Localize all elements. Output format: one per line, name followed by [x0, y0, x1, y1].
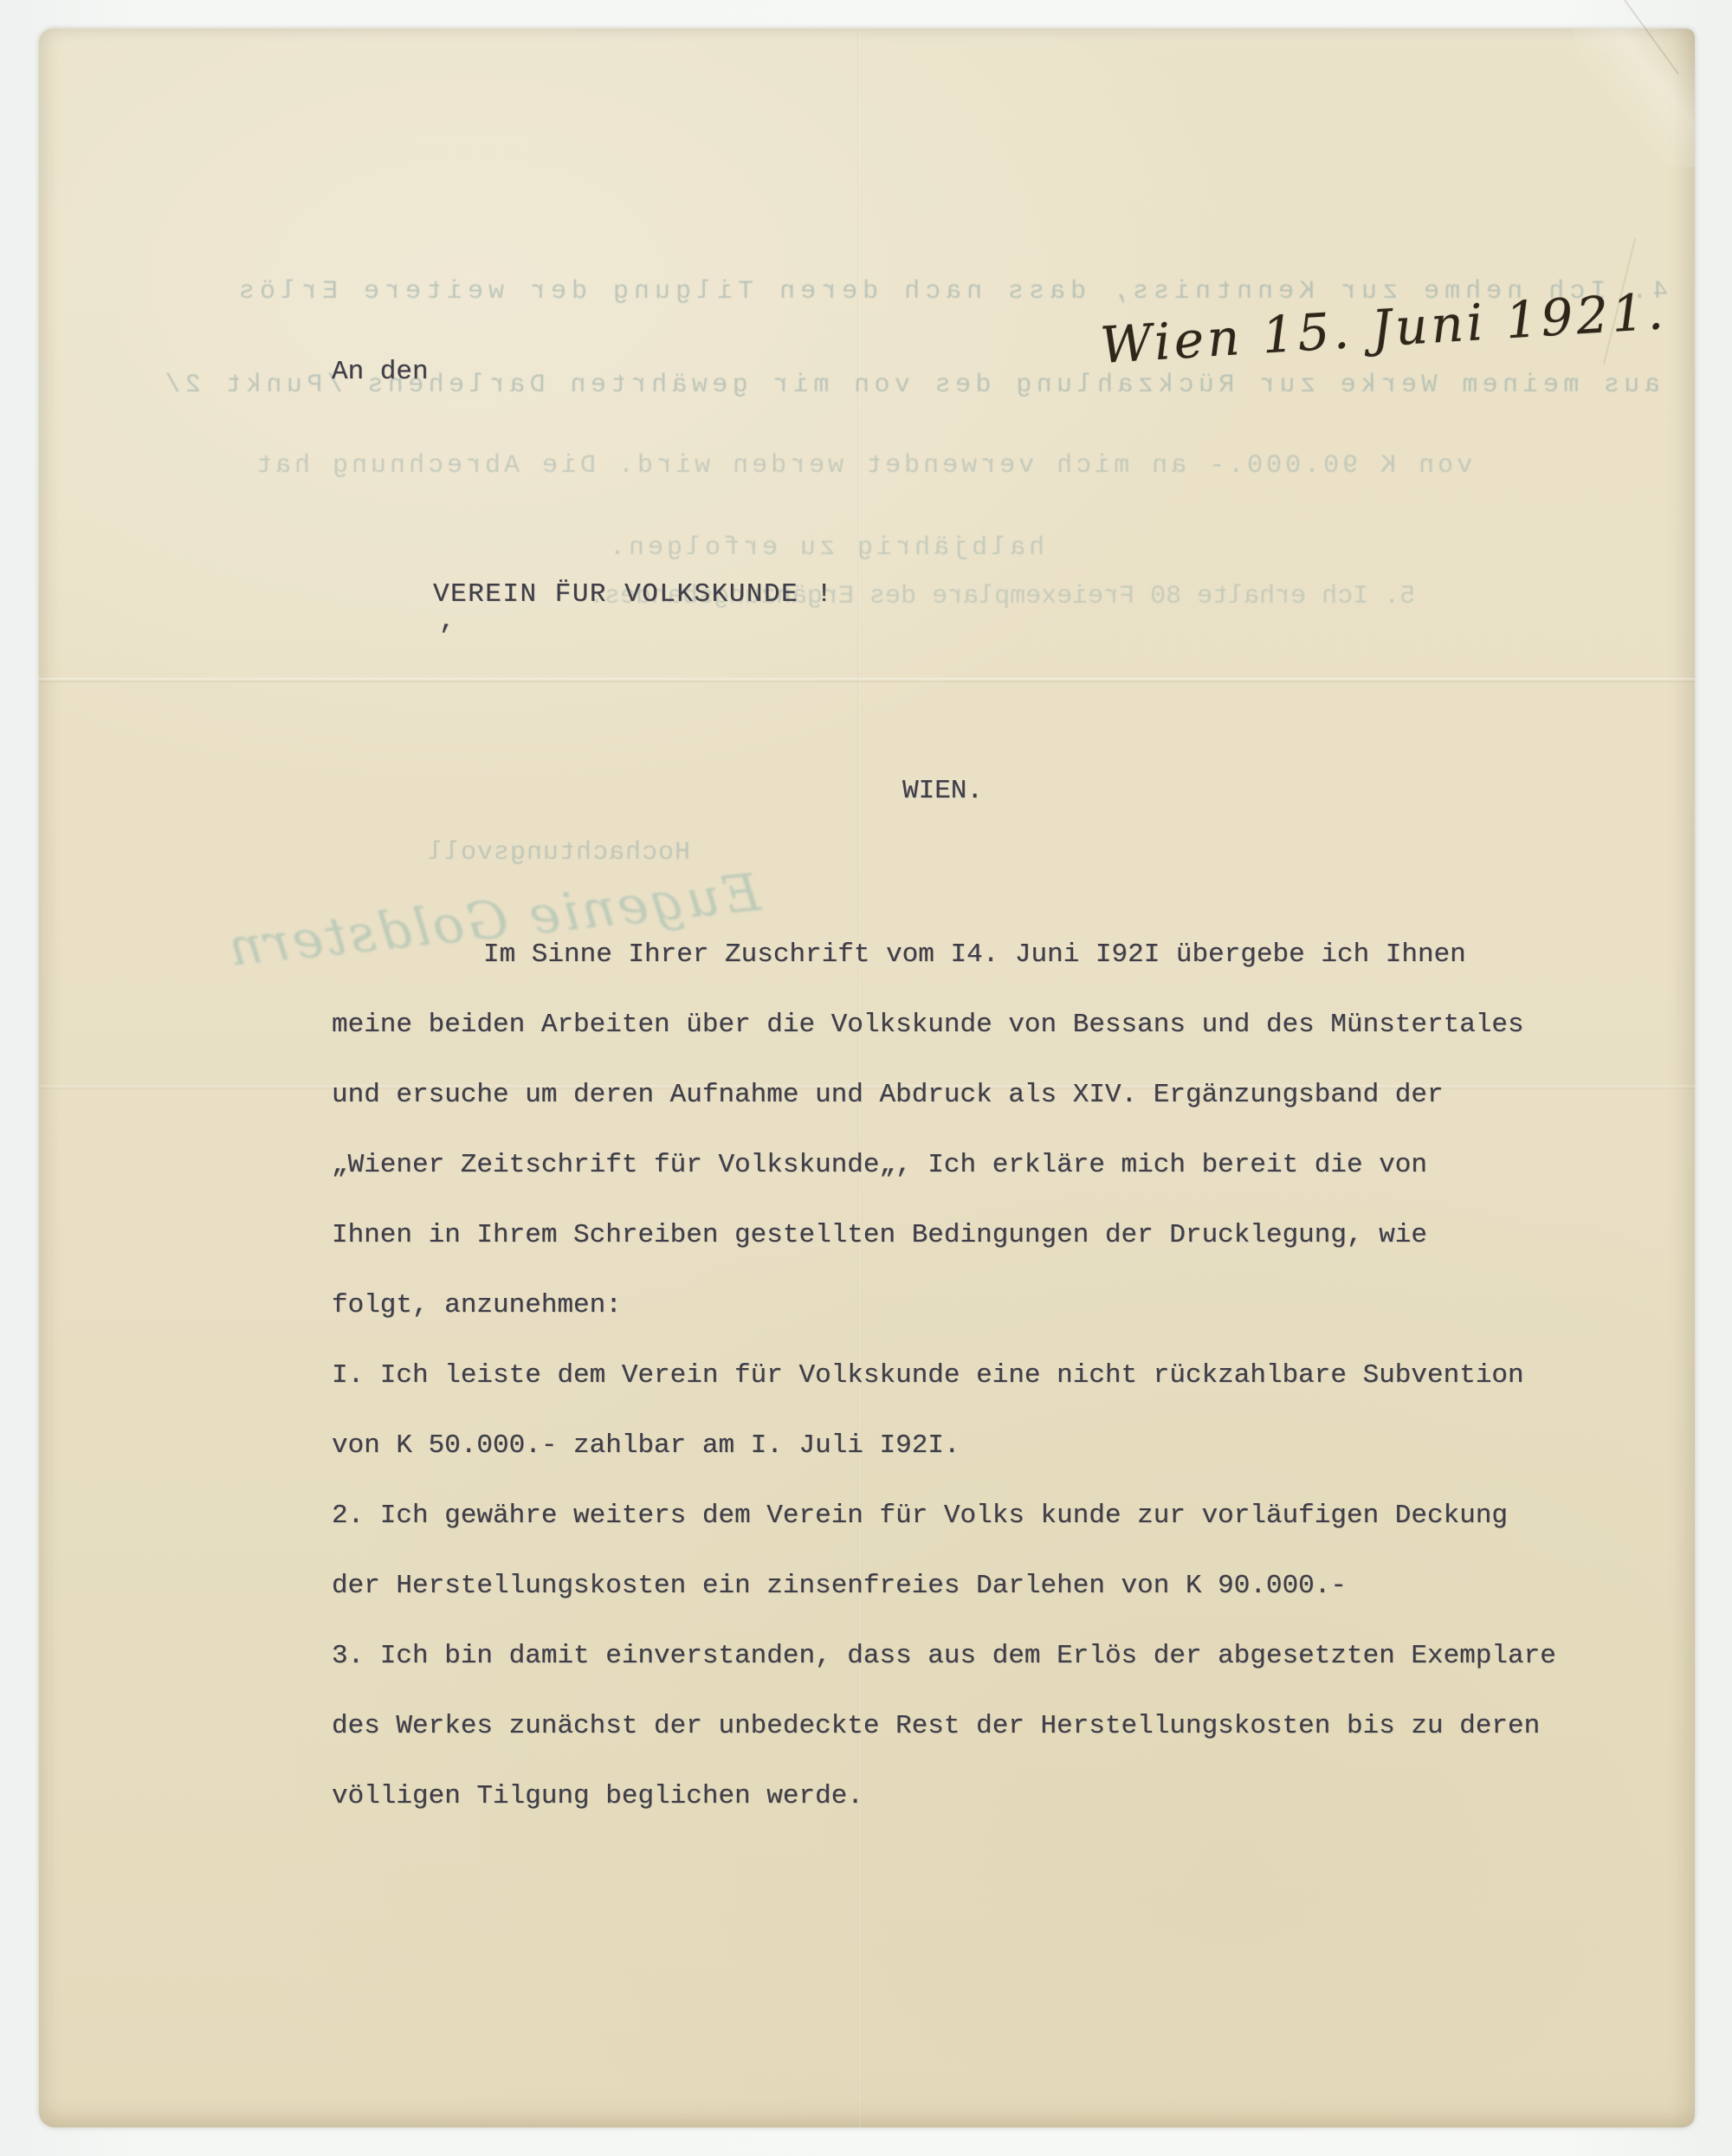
- body-line: 3. Ich bin damit einverstanden, dass aus…: [332, 1642, 1556, 1671]
- vertical-fold-crease: [857, 29, 862, 2127]
- body-line: Im Sinne Ihrer Zuschrift vom I4. Juni I9…: [483, 940, 1466, 970]
- body-line: des Werkes zunächst der unbedeckte Rest …: [332, 1712, 1540, 1741]
- body-line: meine beiden Arbeiten über die Volkskund…: [332, 1010, 1524, 1040]
- bleed-through-closing: Hochachtungsvoll: [427, 839, 690, 868]
- body-line: völligen Tilgung beglichen werde.: [332, 1782, 863, 1811]
- recipient-city: WIEN.: [902, 777, 983, 806]
- body-line: Ihnen in Ihrem Schreiben gestellten Bedi…: [332, 1221, 1427, 1250]
- body-line: folgt, anzunehmen:: [332, 1291, 622, 1320]
- salutation-an-den: An den: [332, 358, 429, 387]
- bleed-through-line: von K 90.000.- an mich verwendet werden …: [253, 452, 1472, 481]
- body-line: der Herstellungskosten ein zinsenfreies …: [332, 1572, 1347, 1601]
- dog-ear-corner-fold: [1574, 29, 1695, 167]
- body-line: von K 50.000.- zahlbar am I. Juli I92I.: [332, 1431, 960, 1461]
- scanned-letter-page: { "document": { "kind": "typewritten let…: [0, 0, 1732, 2156]
- body-line: I. Ich leiste dem Verein für Volkskunde …: [332, 1361, 1524, 1391]
- letter-paper-sheet: 4. Ich nehme zur Kenntniss, dass nach de…: [39, 29, 1695, 2127]
- recipient-name: VEREIN F̈UR VOLKSKUNDE !: [433, 580, 833, 610]
- body-line: 2. Ich gewähre weiters dem Verein für Vo…: [332, 1501, 1508, 1531]
- recipient-stray-comma: ,: [439, 607, 456, 636]
- body-line: „Wiener Zeitschrift für Volkskunde„, Ich…: [332, 1151, 1427, 1180]
- bleed-through-line: halbjährig zu erfolgen.: [606, 534, 1044, 563]
- horizontal-fold-crease-upper: [39, 678, 1695, 682]
- body-line: und ersuche um deren Aufnahme und Abdruc…: [332, 1081, 1444, 1110]
